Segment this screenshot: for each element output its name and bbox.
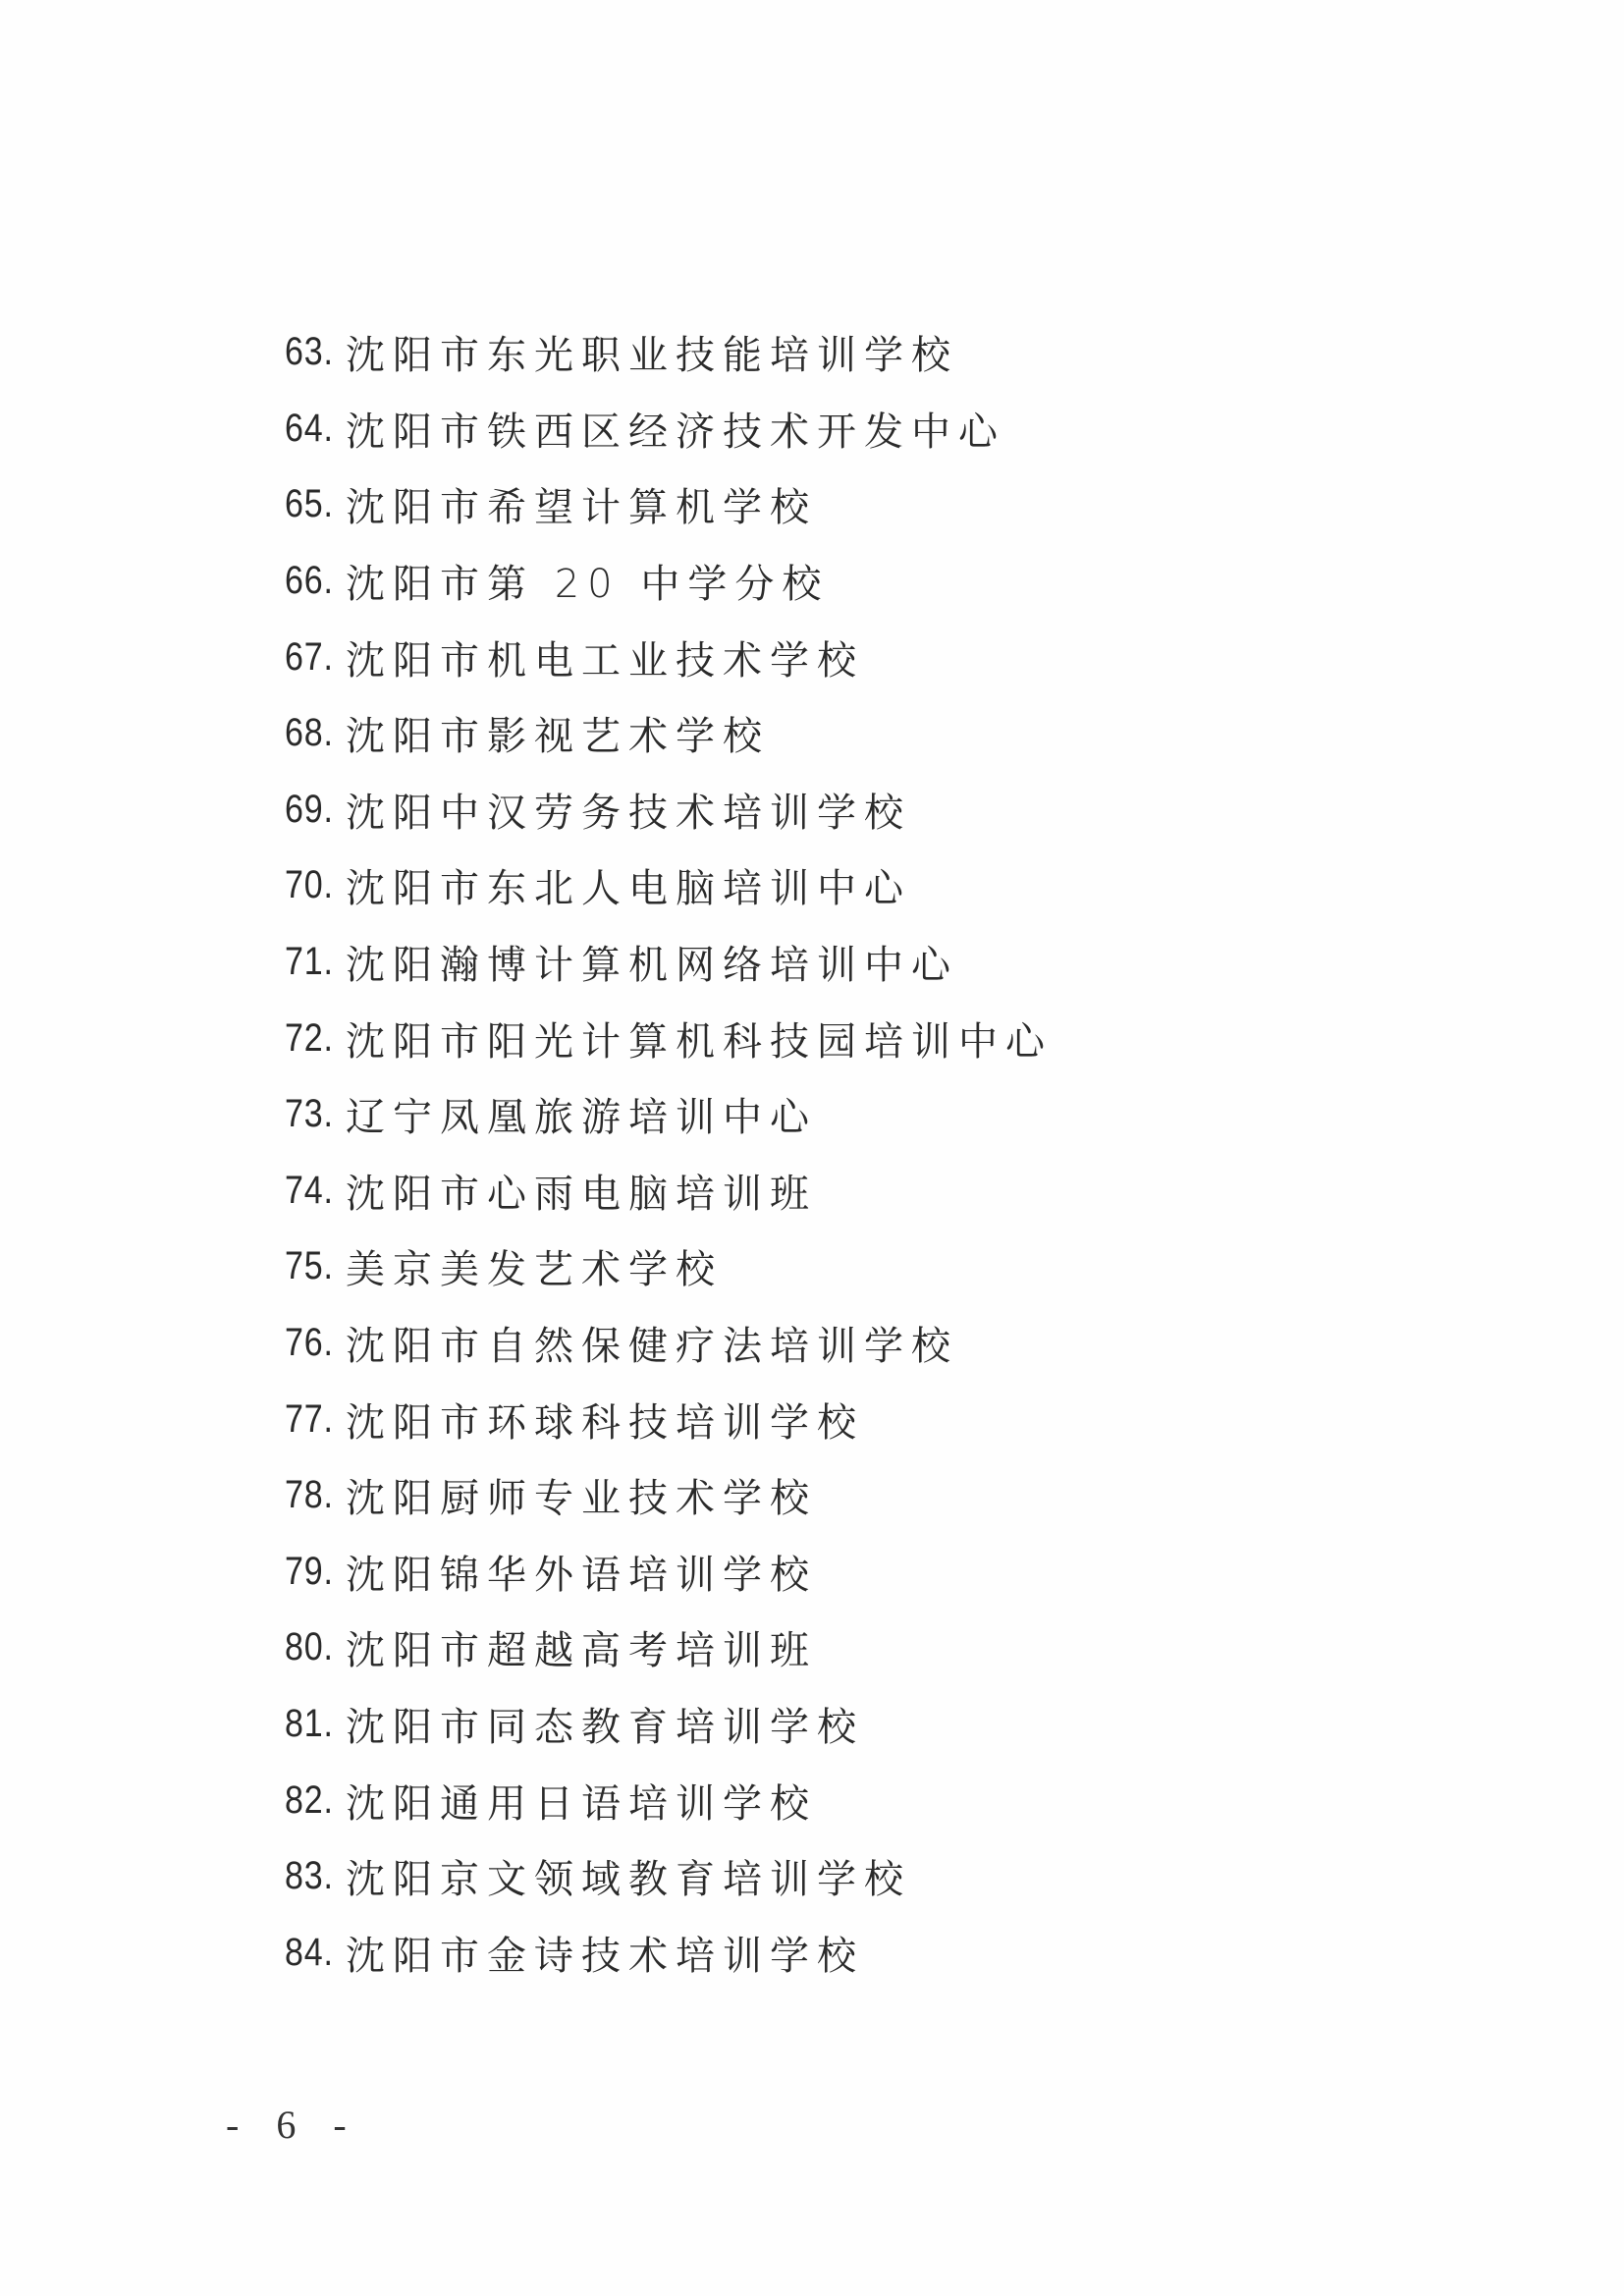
item-number: 78. bbox=[285, 1473, 337, 1517]
item-number: 71. bbox=[285, 940, 337, 984]
item-number: 77. bbox=[285, 1397, 337, 1442]
item-number: 67. bbox=[285, 635, 337, 680]
item-name: 沈阳市铁西区经济技术开发中心 bbox=[346, 401, 1005, 457]
item-name: 沈阳通用日语培训学校 bbox=[346, 1773, 817, 1829]
item-name: 沈阳京文领域教育培训学校 bbox=[346, 1848, 911, 1904]
item-name: 沈阳市同态教育培训学校 bbox=[346, 1696, 864, 1752]
list-item: 75.美京美发艺术学校 bbox=[285, 1229, 1053, 1305]
list-item: 84.沈阳市金诗技术培训学校 bbox=[285, 1914, 1053, 1991]
list-item: 77.沈阳市环球科技培训学校 bbox=[285, 1381, 1053, 1457]
list-item: 81.沈阳市同态教育培训学校 bbox=[285, 1686, 1053, 1763]
item-name: 沈阳市心雨电脑培训班 bbox=[346, 1163, 817, 1219]
item-name: 沈阳市东北人电脑培训中心 bbox=[346, 857, 911, 913]
item-number: 84. bbox=[285, 1931, 337, 1975]
item-number: 79. bbox=[285, 1550, 337, 1594]
list-item: 65.沈阳市希望计算机学校 bbox=[285, 466, 1053, 543]
list-item: 73.辽宁凤凰旅游培训中心 bbox=[285, 1076, 1053, 1153]
item-name: 沈阳市第 20 中学分校 bbox=[346, 553, 829, 609]
item-name: 沈阳市超越高考培训班 bbox=[346, 1619, 817, 1675]
item-name: 辽宁凤凰旅游培训中心 bbox=[346, 1086, 817, 1142]
list-item: 76.沈阳市自然保健疗法培训学校 bbox=[285, 1305, 1053, 1382]
item-number: 66. bbox=[285, 559, 337, 603]
list-item: 83.沈阳京文领域教育培训学校 bbox=[285, 1838, 1053, 1915]
page-number: - 6 - bbox=[226, 2102, 360, 2148]
list-item: 78.沈阳厨师专业技术学校 bbox=[285, 1457, 1053, 1534]
item-name: 沈阳市环球科技培训学校 bbox=[346, 1392, 864, 1448]
item-name: 沈阳市机电工业技术学校 bbox=[346, 629, 864, 685]
item-number: 80. bbox=[285, 1625, 337, 1669]
item-name: 沈阳瀚博计算机网络培训中心 bbox=[346, 934, 958, 990]
item-name: 沈阳厨师专业技术学校 bbox=[346, 1467, 817, 1523]
item-number: 73. bbox=[285, 1092, 337, 1136]
item-number: 74. bbox=[285, 1169, 337, 1213]
item-name: 沈阳市影视艺术学校 bbox=[346, 705, 770, 761]
list-item: 71.沈阳瀚博计算机网络培训中心 bbox=[285, 924, 1053, 1001]
document-page: 63.沈阳市东光职业技能培训学校 64.沈阳市铁西区经济技术开发中心 65.沈阳… bbox=[0, 0, 1624, 2296]
list-item: 64.沈阳市铁西区经济技术开发中心 bbox=[285, 391, 1053, 467]
list-item: 82.沈阳通用日语培训学校 bbox=[285, 1762, 1053, 1838]
item-number: 70. bbox=[285, 863, 337, 907]
list-item: 67.沈阳市机电工业技术学校 bbox=[285, 619, 1053, 695]
item-number: 64. bbox=[285, 407, 337, 451]
item-name: 美京美发艺术学校 bbox=[346, 1238, 723, 1294]
item-name: 沈阳市金诗技术培训学校 bbox=[346, 1925, 864, 1981]
list-item: 74.沈阳市心雨电脑培训班 bbox=[285, 1153, 1053, 1230]
list-item: 72.沈阳市阳光计算机科技园培训中心 bbox=[285, 1000, 1053, 1076]
item-number: 63. bbox=[285, 330, 337, 374]
item-number: 81. bbox=[285, 1702, 337, 1746]
item-name: 沈阳中汉劳务技术培训学校 bbox=[346, 782, 911, 838]
school-list: 63.沈阳市东光职业技能培训学校 64.沈阳市铁西区经济技术开发中心 65.沈阳… bbox=[285, 314, 1053, 1991]
item-name: 沈阳市自然保健疗法培训学校 bbox=[346, 1315, 958, 1371]
item-number: 75. bbox=[285, 1244, 337, 1288]
item-name: 沈阳市阳光计算机科技园培训中心 bbox=[346, 1011, 1053, 1066]
item-number: 83. bbox=[285, 1854, 337, 1898]
item-name: 沈阳市希望计算机学校 bbox=[346, 476, 817, 532]
list-item: 80.沈阳市超越高考培训班 bbox=[285, 1610, 1053, 1686]
item-number: 76. bbox=[285, 1321, 337, 1365]
item-number: 72. bbox=[285, 1016, 337, 1061]
item-number: 69. bbox=[285, 788, 337, 832]
item-number: 65. bbox=[285, 482, 337, 526]
list-item: 66.沈阳市第 20 中学分校 bbox=[285, 543, 1053, 620]
list-item: 63.沈阳市东光职业技能培训学校 bbox=[285, 314, 1053, 391]
list-item: 70.沈阳市东北人电脑培训中心 bbox=[285, 847, 1053, 924]
item-number: 68. bbox=[285, 711, 337, 755]
list-item: 68.沈阳市影视艺术学校 bbox=[285, 695, 1053, 772]
list-item: 79.沈阳锦华外语培训学校 bbox=[285, 1534, 1053, 1611]
item-number: 82. bbox=[285, 1778, 337, 1823]
item-name: 沈阳市东光职业技能培训学校 bbox=[346, 324, 958, 380]
list-item: 69.沈阳中汉劳务技术培训学校 bbox=[285, 772, 1053, 848]
item-name: 沈阳锦华外语培训学校 bbox=[346, 1544, 817, 1600]
